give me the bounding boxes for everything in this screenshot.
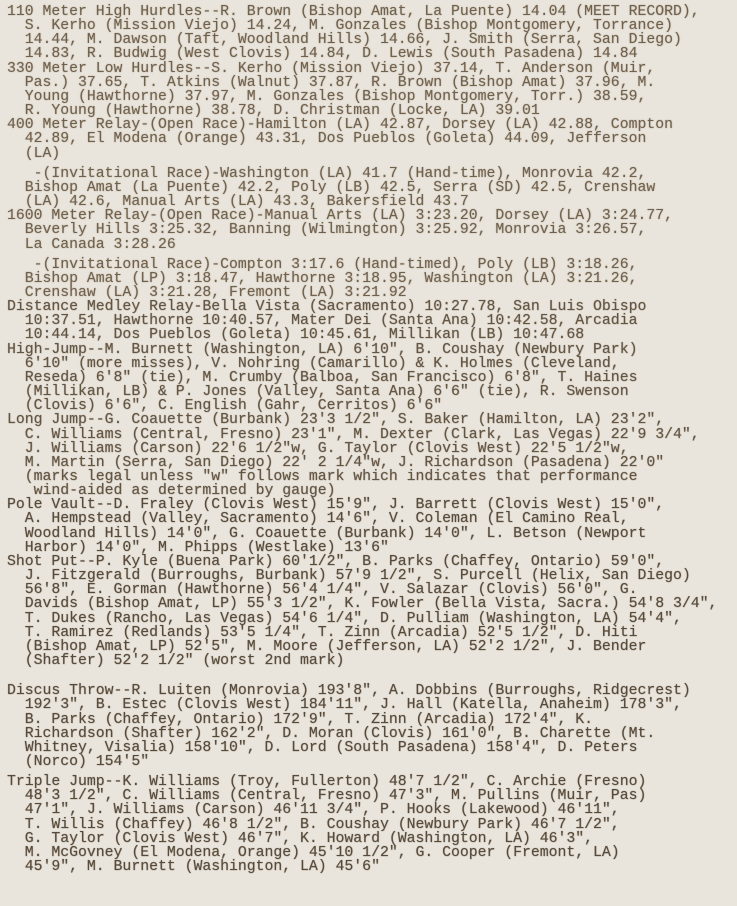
text-line: -(Invitational Race)-Washington (LA) 41.… xyxy=(7,167,735,181)
event-section-1600-meter-relay: 1600 Meter Relay-(Open Race)-Manual Arts… xyxy=(7,209,735,300)
text-line: C. Williams (Central, Fresno) 23'1", M. … xyxy=(7,428,735,442)
text-line: G. Taylor (Clovis West) 46'7", K. Howard… xyxy=(7,832,735,846)
text-line: Young (Hawthorne) 37.97, M. Gonzales (Bi… xyxy=(7,90,735,104)
text-line: T. Dukes (Rancho, Las Vegas) 54'6 1/4", … xyxy=(7,612,735,626)
text-line: 6'10" (more misses), V. Nohring (Camaril… xyxy=(7,357,735,371)
text-line: T. Ramirez (Redlands) 53'5 1/4", T. Zinn… xyxy=(7,626,735,640)
text-line: Woodland Hills) 14'0", G. Coauette (Burb… xyxy=(7,527,735,541)
text-line: 14.83, R. Budwig (West Clovis) 14.84, D.… xyxy=(7,47,735,61)
scanned-results-page: 110 Meter High Hurdles--R. Brown (Bishop… xyxy=(0,0,737,906)
text-line: Davids (Bishop Amat, LP) 55'3 1/2", K. F… xyxy=(7,597,735,611)
event-section-shot-put: Shot Put--P. Kyle (Buena Park) 60'1/2", … xyxy=(7,555,735,668)
text-line: La Canada 3:28.26 xyxy=(7,238,735,252)
event-section-pole-vault: Pole Vault--D. Fraley (Clovis West) 15'9… xyxy=(7,498,735,555)
text-line: 42.89, El Modena (Orange) 43.31, Dos Pue… xyxy=(7,132,735,146)
text-line: M. McGovney (El Modena, Orange) 45'10 1/… xyxy=(7,846,735,860)
text-line: T. Willis (Chaffey) 46'8 1/2", B. Cousha… xyxy=(7,818,735,832)
text-line: A. Hempstead (Valley, Sacramento) 14'6",… xyxy=(7,512,735,526)
text-line: Crenshaw (LA) 3:21.28, Fremont (LA) 3:21… xyxy=(7,286,735,300)
typed-text-block: 110 Meter High Hurdles--R. Brown (Bishop… xyxy=(7,5,735,874)
text-line: Long Jump--G. Coauette (Burbank) 23'3 1/… xyxy=(7,413,735,427)
text-line: 192'3", B. Estec (Clovis West) 184'11", … xyxy=(7,698,735,712)
text-line: Whitney, Visalia) 158'10", D. Lord (Sout… xyxy=(7,741,735,755)
event-section-triple-jump: Triple Jump--K. Williams (Troy, Fullerto… xyxy=(7,775,735,874)
event-section-330-meter-low-hurdles: 330 Meter Low Hurdles--S. Kerho (Mission… xyxy=(7,62,735,119)
event-section-distance-medley-relay: Distance Medley Relay-Bella Vista (Sacra… xyxy=(7,300,735,342)
event-section-long-jump: Long Jump--G. Coauette (Burbank) 23'3 1/… xyxy=(7,413,735,498)
text-line: Pas.) 37.65, T. Atkins (Walnut) 37.87, R… xyxy=(7,76,735,90)
text-line: Bishop Amat (LP) 3:18.47, Hawthorne 3:18… xyxy=(7,272,735,286)
event-section-110-meter-high-hurdles: 110 Meter High Hurdles--R. Brown (Bishop… xyxy=(7,5,735,62)
text-line: 330 Meter Low Hurdles--S. Kerho (Mission… xyxy=(7,62,735,76)
text-line: Harbor) 14'0", M. Phipps (Westlake) 13'6… xyxy=(7,541,735,555)
text-line: 45'9", M. Burnett (Washington, LA) 45'6" xyxy=(7,860,735,874)
text-line: M. Martin (Serra, San Diego) 22' 2 1/4"w… xyxy=(7,456,735,470)
text-line: B. Parks (Chaffey, Ontario) 172'9", T. Z… xyxy=(7,713,735,727)
text-line: Shot Put--P. Kyle (Buena Park) 60'1/2", … xyxy=(7,555,735,569)
text-line: 10:44.14, Dos Pueblos (Goleta) 10:45.61,… xyxy=(7,328,735,342)
event-section-400-meter-relay: 400 Meter Relay-(Open Race)-Hamilton (LA… xyxy=(7,118,735,209)
event-section-discus-throw: Discus Throw--R. Luiten (Monrovia) 193'8… xyxy=(7,684,735,769)
text-line: -(Invitational Race)-Compton 3:17.6 (Han… xyxy=(7,258,735,272)
text-line: (Norco) 154'5" xyxy=(7,755,735,769)
text-line: Bishop Amat (La Puente) 42.2, Poly (LB) … xyxy=(7,181,735,195)
text-line: Beverly Hills 3:25.32, Banning (Wilmingt… xyxy=(7,223,735,237)
text-line: 47'1", J. Williams (Carson) 46'11 3/4", … xyxy=(7,803,735,817)
text-line: Richardson (Shafter) 162'2", D. Moran (C… xyxy=(7,727,735,741)
text-line: (Shafter) 52'2 1/2" (worst 2nd mark) xyxy=(7,654,735,668)
text-line: (Bishop Amat, LP) 52'5", M. Moore (Jeffe… xyxy=(7,640,735,654)
text-line: J. Williams (Carson) 22'6 1/2"w, G. Tayl… xyxy=(7,442,735,456)
text-line: (LA) xyxy=(7,147,735,161)
text-line: High-Jump--M. Burnett (Washington, LA) 6… xyxy=(7,343,735,357)
text-line: Reseda) 6'8" (tie), M. Crumby (Balboa, S… xyxy=(7,371,735,385)
event-section-high-jump: High-Jump--M. Burnett (Washington, LA) 6… xyxy=(7,343,735,414)
